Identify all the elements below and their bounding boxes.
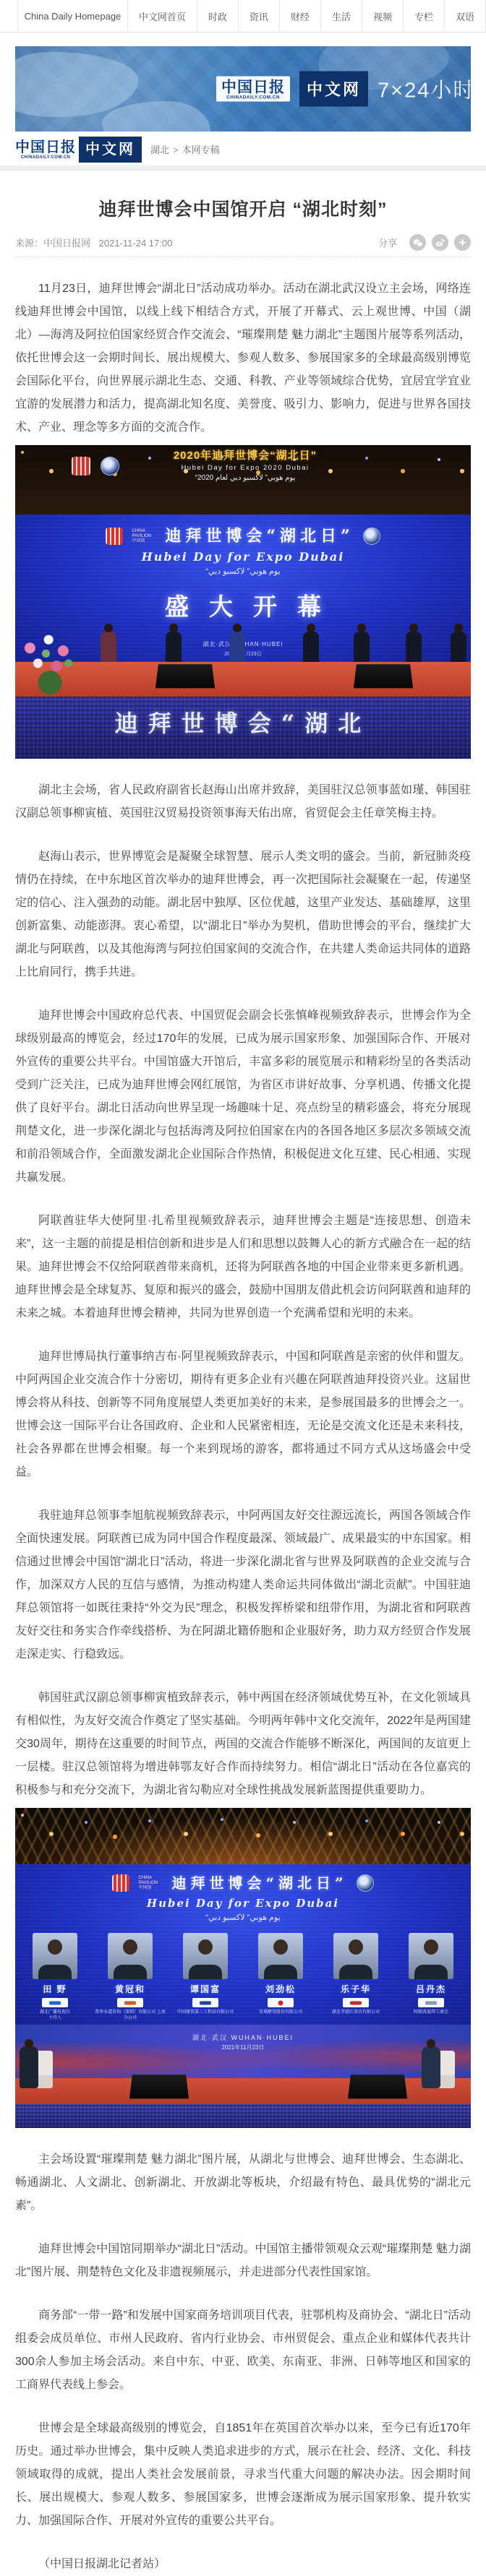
speaker-name: 乐子华 xyxy=(320,1983,392,1995)
nav-item-2[interactable]: 中文网首页 xyxy=(128,0,197,32)
speaker-portrait xyxy=(409,1933,453,1979)
company-logo xyxy=(117,1998,143,2007)
speaker-company: 湖北孝感红贵坊有限公司 xyxy=(320,2009,392,2015)
screen-title-ar: “يوم هوبي” لاكسبو دبي xyxy=(205,1914,280,1922)
paragraph: 11月23日，迪拜世博会“湖北日”活动成功举办。活动在湖北武汉设立主会场，网络连… xyxy=(15,277,471,439)
flower-arrangement xyxy=(17,627,83,697)
paragraph: 湖北主会场，省人民政府副省长赵海山出席并致辞，美国驻汉总领事蓝如瑾、韩国驻汉副总… xyxy=(15,779,471,825)
article-body: 主会场设置“璀璨荆楚 魅力湖北”图片展，从湖北与世博会、迪拜世博会、生态湖北、畅… xyxy=(15,2148,471,2576)
speaker-name: 吕丹杰 xyxy=(395,1983,467,1995)
paragraph: 迪拜世博会中国馆同期举办“湖北日”活动。中国馆主播带领观众云观“璀璨荆楚 魅力湖… xyxy=(15,2238,471,2284)
speaker-portrait xyxy=(108,1933,153,1979)
more-share-icon[interactable] xyxy=(454,234,471,251)
paragraph: 韩国驻武汉副总领事柳寅植致辞表示，韩中两国在经济领域优势互补，在文化领域具有相似… xyxy=(15,1687,471,1802)
speaker-card: 田 野湖北广播电视台主持人 xyxy=(19,1933,91,2021)
nav-item-5[interactable]: 财经 xyxy=(280,0,321,32)
screen-title-en: Hubei Day for Expo Dubai xyxy=(142,551,345,563)
paragraph: 主会场设置“璀璨荆楚 魅力湖北”图片展，从湖北与世博会、迪拜世博会、生态湖北、畅… xyxy=(15,2148,471,2218)
site-logo[interactable]: 中国日报 CHINADAILY.COM.CN 中文网 xyxy=(15,137,142,163)
article-source: 来源：中国日报网 xyxy=(15,238,90,249)
speaker-company: 湖北广播电视台 xyxy=(19,2009,91,2015)
floor-text: 迪拜世博会“湖北 xyxy=(15,705,471,738)
screen-title: 迪拜世博会“湖北日” xyxy=(165,528,354,544)
paragraph: 迪拜世博局执行董事纳吉布·阿里视频致辞表示，中国和阿联酋是亲密的伙伴和盟友。中阿… xyxy=(15,1345,471,1484)
site-logo-cn: 中国日报 xyxy=(15,139,76,154)
stage-ceiling: 2020年迪拜世博会“湖北日” Hubei Day for Expo 2020 … xyxy=(15,445,471,514)
speaker-company: 安琪酵母股份有限公司 xyxy=(244,2009,317,2015)
stage-speaker-box xyxy=(155,664,215,688)
page-title: 迪拜世博会中国馆开启 “湖北时刻” xyxy=(15,196,471,223)
panel-backdrop: 湖北·武汉 WUHAN·HUBEI 2021年11月23日 xyxy=(15,2025,471,2078)
nav-item-9[interactable]: 双语 xyxy=(445,0,486,32)
ccpit-emblem xyxy=(357,1874,374,1892)
grand-opening-text: 盛大开幕 xyxy=(145,595,341,619)
led-floor xyxy=(15,2104,471,2128)
paragraph: 迪拜世博会中国政府总代表、中国贸促会副会长张慎峰视频致辞表示，世博会作为全球级别… xyxy=(15,1004,471,1189)
speaker-portrait xyxy=(258,1933,303,1979)
company-logo xyxy=(268,1998,294,2007)
screen-title-ar: “يوم هوبي” لاكسبو دبي xyxy=(205,568,280,576)
stage-speaker-box xyxy=(129,2075,189,2098)
led-screen: CHINA PAVILION 中国馆 迪拜世博会“湖北日” Hubei Day … xyxy=(15,1864,471,2025)
speaker-company: 中国建筑第三工程局有限公司 xyxy=(169,2009,242,2015)
speaker-portrait xyxy=(333,1933,378,1979)
nav-item-4[interactable]: 资讯 xyxy=(239,0,280,32)
article-meta: 来源：中国日报网 2021-11-24 17:00 xyxy=(15,236,172,249)
nav-item-6[interactable]: 生活 xyxy=(321,0,362,32)
china-pavilion-logo xyxy=(106,527,123,545)
stage-lights xyxy=(21,1814,24,1817)
nav-item-8[interactable]: 专栏 xyxy=(404,0,445,32)
company-logo xyxy=(42,1998,68,2007)
breadcrumb: 湖北>本网专稿 xyxy=(150,142,220,156)
person-silhouette xyxy=(20,2046,38,2088)
breadcrumb-section[interactable]: 湖北 xyxy=(150,145,169,155)
ccpit-emblem xyxy=(101,457,119,475)
speaker-company: 阿联酋迪拜工商会 xyxy=(395,2009,467,2015)
company-logo xyxy=(192,1998,218,2007)
nav-item-3[interactable]: 时政 xyxy=(197,0,239,32)
stage-speaker-box xyxy=(348,2075,407,2098)
paragraph: 赵海山表示，世界博览会是凝聚全球智慧、展示人类文明的盛会。当前，新冠肺炎疫情仍在… xyxy=(15,845,471,984)
chinadaily-logo-cn: 中国日报 xyxy=(221,79,285,94)
china-pavilion-logo xyxy=(72,457,90,475)
speaker-name: 刘劲松 xyxy=(244,1983,317,1995)
chinadaily-logo: 中国日报 CHINADAILY.COM.CN xyxy=(216,76,290,102)
nav-item-7[interactable]: 视频 xyxy=(362,0,404,32)
backdrop-line1: 湖北·武汉 WUHAN·HUBEI xyxy=(15,2035,471,2041)
paragraph: 世博会是全球最高级别的博览会，自1851年在英国首次举办以来，至今已有近170年… xyxy=(15,2417,471,2533)
wall-banner-line1: 2020年迪拜世博会“湖北日” xyxy=(137,450,354,461)
dotted-divider xyxy=(15,257,471,257)
stage-truss-ceiling xyxy=(15,1808,471,1864)
speaker-name: 黄冠和 xyxy=(94,1983,166,1995)
banner-tagline: 7×24小时. 中 xyxy=(378,74,471,104)
wall-banner-line2: Hubei Day for Expo 2020 Dubai xyxy=(137,465,354,472)
site-logo-box: 中文网 xyxy=(79,137,142,163)
figure-panel-discussion-photo: CHINA PAVILION 中国馆 迪拜世博会“湖北日” Hubei Day … xyxy=(15,1808,471,2128)
china-pavilion-label: CHINA PAVILION 中国馆 xyxy=(132,529,156,544)
ccpit-emblem xyxy=(363,527,380,545)
speaker-cards-row: 田 野湖北广播电视台主持人黄冠和普华永道咨询（深圳）有限公司 上海分公司谭国富中… xyxy=(15,1933,471,2021)
led-floor: 迪拜世博会“湖北 xyxy=(15,697,471,759)
top-navigation: China Daily Homepage中文网首页时政资讯财经生活视频专栏双语 xyxy=(0,0,486,33)
breadcrumb-separator: > xyxy=(173,145,179,155)
breadcrumb-page[interactable]: 本网专稿 xyxy=(182,145,220,155)
china-pavilion-label: CHINA PAVILION 中国馆 xyxy=(138,1876,163,1891)
speaker-card: 吕丹杰阿联酋迪拜工商会 xyxy=(395,1933,467,2021)
screen-title: 迪拜世博会“湖北日” xyxy=(171,1876,347,1890)
seated-panelist xyxy=(417,2046,458,2094)
company-logo xyxy=(418,1998,444,2007)
weibo-share-icon[interactable] xyxy=(432,234,448,251)
byline: （中国日报湖北记者站） xyxy=(15,2553,471,2576)
speaker-company: 普华永道咨询（深圳）有限公司 上海分公司 xyxy=(94,2009,166,2021)
wechat-share-icon[interactable] xyxy=(409,234,426,251)
speaker-title: 主持人 xyxy=(19,2015,91,2021)
stage-lights xyxy=(21,451,24,454)
stage-speaker-box xyxy=(354,664,413,688)
site-logo-url: CHINADAILY.COM.CN xyxy=(21,155,71,160)
screen-title-en: Hubei Day for Expo Dubai xyxy=(147,1898,339,1909)
paragraph: 阿联酋驻华大使阿里·扎希里视频致辞表示，迪拜世博会主题是“连接思想、创造未来”，… xyxy=(15,1210,471,1325)
speaker-portrait xyxy=(33,1933,77,1979)
article-timestamp: 2021-11-24 17:00 xyxy=(99,238,173,249)
speaker-name: 田 野 xyxy=(19,1983,91,1995)
nav-item-1[interactable]: China Daily Homepage xyxy=(17,0,128,32)
speaker-portrait xyxy=(183,1933,228,1979)
company-logo xyxy=(343,1998,369,2007)
backdrop-line2: 2021年11月23日 xyxy=(15,2045,471,2051)
zhongwenwang-logo: 中文网 xyxy=(299,72,368,107)
china-pavilion-logo xyxy=(112,1874,129,1892)
figure-opening-ceremony-photo: 2020年迪拜世博会“湖北日” Hubei Day for Expo 2020 … xyxy=(15,445,471,759)
paragraph: 商务部“一带一路”和发展中国家商务培训项目代表，驻鄂机构及商协会、“湖北日”活动… xyxy=(15,2304,471,2397)
chinadaily-logo-url: CHINADAILY.COM.CN xyxy=(226,95,280,100)
speaker-card: 谭国富中国建筑第三工程局有限公司 xyxy=(169,1933,242,2021)
speaker-card: 乐子华湖北孝感红贵坊有限公司 xyxy=(320,1933,392,2021)
article-body: 11月23日，迪拜世博会“湖北日”活动成功举办。活动在湖北武汉设立主会场，网络连… xyxy=(15,277,471,439)
wall-banner-line3: “يوم هوبي” لاكسبو دبي لعام 2020 xyxy=(137,475,354,482)
person-silhouette xyxy=(422,2046,440,2088)
speaker-name: 谭国富 xyxy=(169,1983,242,1995)
share-label: 分享 xyxy=(378,236,397,249)
speaker-card: 刘劲松安琪酵母股份有限公司 xyxy=(244,1933,317,2021)
speaker-card: 黄冠和普华永道咨询（深圳）有限公司 上海分公司 xyxy=(94,1933,166,2021)
article-body: 湖北主会场，省人民政府副省长赵海山出席并致辞，美国驻汉总领事蓝如瑾、韩国驻汉副总… xyxy=(15,779,471,1802)
section-divider xyxy=(0,165,486,171)
paragraph: 我驻迪拜总领事李旭航视频致辞表示，中阿两国友好交往源远流长，两国各领域合作全面快… xyxy=(15,1504,471,1666)
site-banner[interactable]: 中国日报 CHINADAILY.COM.CN 中文网 7×24小时. 中 xyxy=(15,46,471,132)
seated-panelist xyxy=(15,2046,56,2094)
